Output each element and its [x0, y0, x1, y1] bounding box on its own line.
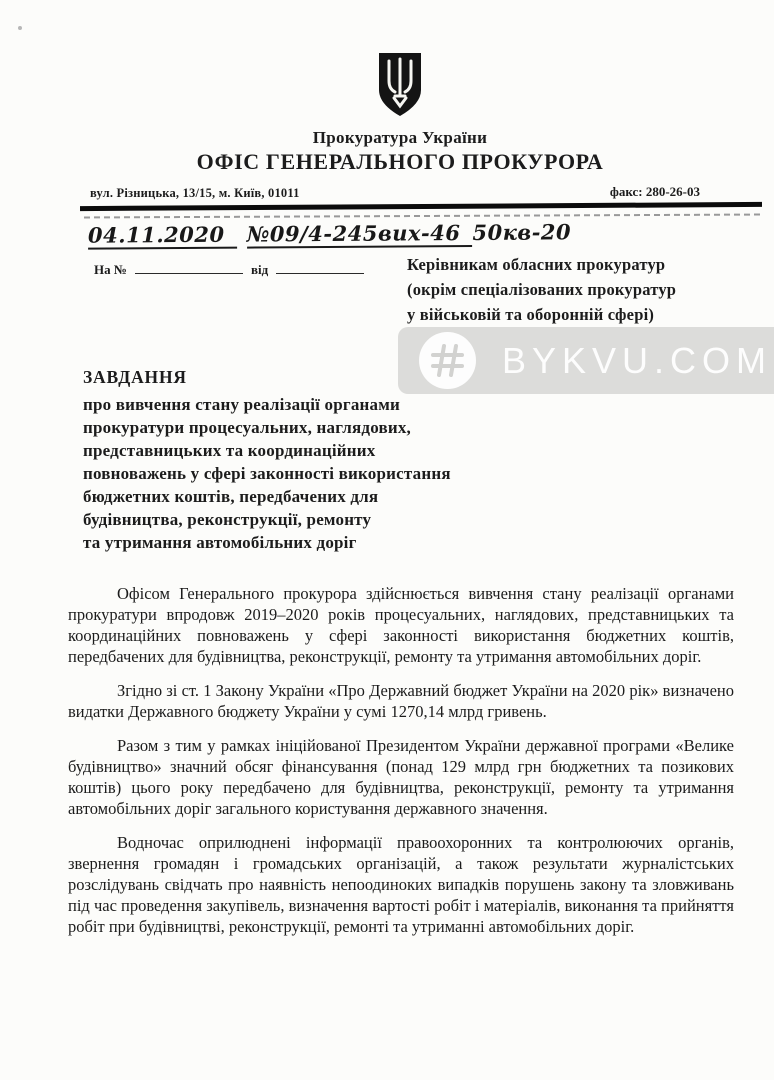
incoming-reference-row: На №від — [94, 262, 364, 278]
document-title-block: ЗАВДАННЯ про вивчення стану реалізації о… — [83, 366, 513, 554]
document-title-line: будівництва, реконструкції, ремонту — [83, 508, 513, 531]
scanned-letter-page: Прокуратура України ОФІС ГЕНЕРАЛЬНОГО ПР… — [0, 0, 774, 1080]
document-title-line: представницьких та координаційних — [83, 439, 513, 462]
recipient-line: у військовій та оборонній сфері) — [407, 302, 676, 327]
reference-number-blank — [135, 262, 243, 274]
org-name: Прокуратура України — [0, 128, 774, 148]
office-name: ОФІС ГЕНЕРАЛЬНОГО ПРОКУРОРА — [0, 149, 774, 175]
body-paragraph: Офісом Генерального прокурора здійснюєть… — [68, 583, 734, 667]
body-paragraph: Водночас оприлюднені інформації правоохо… — [68, 832, 734, 937]
office-address: вул. Різницька, 13/15, м. Київ, 01011 — [90, 186, 300, 201]
body-paragraph: Згідно зі ст. 1 Закону України «Про Держ… — [68, 680, 734, 722]
scan-artifact-dot — [18, 26, 22, 30]
fax-number: факс: 280-26-03 — [610, 184, 700, 200]
ukraine-trident-emblem — [376, 52, 424, 118]
recipient-block: Керівникам обласних прокуратур (окрім сп… — [407, 252, 676, 327]
header-rule-scan-noise — [84, 214, 760, 219]
document-title-heading: ЗАВДАННЯ — [83, 366, 513, 389]
vid-label: від — [251, 262, 268, 277]
body-paragraph: Разом з тим у рамках ініційованої Презид… — [68, 735, 734, 819]
watermark-text: BYKVU.COM — [502, 340, 772, 382]
recipient-line: (окрім спеціалізованих прокуратур — [407, 277, 676, 302]
document-title-line: прокуратури процесуальних, наглядових, — [83, 416, 513, 439]
document-body: Офісом Генерального прокурора здійснюєть… — [68, 583, 734, 950]
document-title-line: бюджетних коштів, передбачених для — [83, 485, 513, 508]
outgoing-reference-handwritten: 04.11.2020№09/4-245вих-4650кв-20 — [88, 219, 571, 247]
outgoing-date: 04.11.2020 — [88, 222, 237, 250]
reference-date-blank — [276, 262, 364, 274]
recipient-line: Керівникам обласних прокуратур — [407, 252, 676, 277]
document-title-line: та утримання автомобільних доріг — [83, 531, 513, 554]
outgoing-number-tail: 50кв-20 — [472, 219, 571, 245]
header-rule — [80, 202, 762, 211]
document-title-line: про вивчення стану реалізації органами — [83, 393, 513, 416]
outgoing-number-underlined: №09/4-245вих-46 — [246, 220, 472, 249]
document-title-line: повноважень у сфері законності використа… — [83, 462, 513, 485]
on-no-label: На № — [94, 262, 127, 277]
